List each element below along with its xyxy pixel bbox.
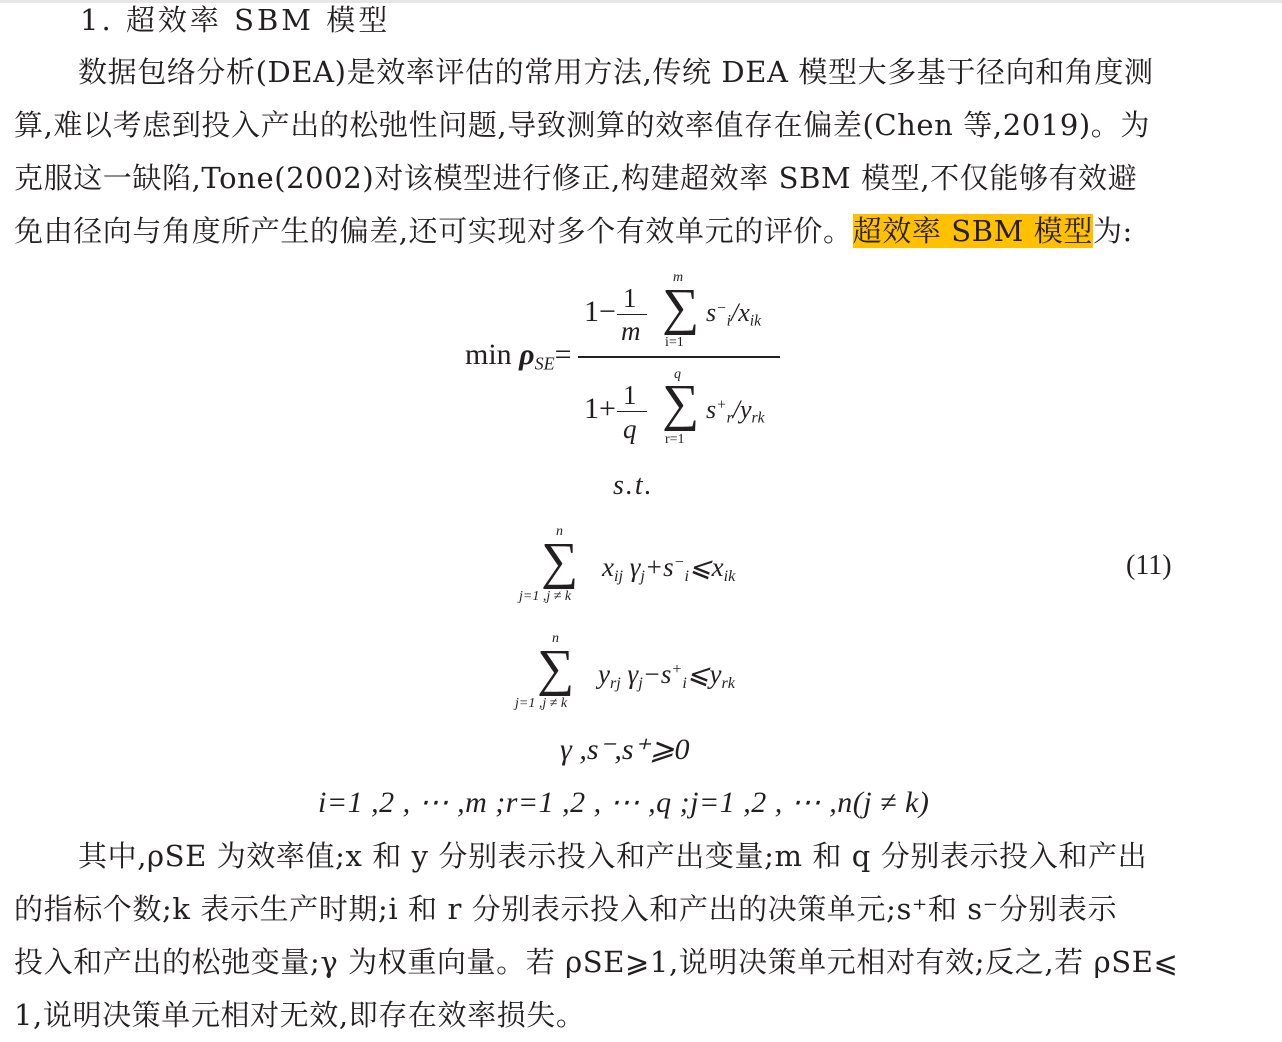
c1-gamma: γ [630,552,641,582]
c2-expression: yrj γj−s+i⩽yrk [598,659,735,693]
paragraph1-line1: 数据包络分析(DEA)是效率评估的常用方法,传统 DEA 模型大多基于径向和角度… [78,52,1282,92]
numerator-one: 1− [584,295,616,329]
denominator-sum-bottom: r=1 [665,432,685,448]
numerator-sigma-icon: ∑ [662,282,699,334]
numerator-frac-num: 1 [623,283,637,314]
c2-sigma-icon: ∑ [537,643,574,695]
c1-s-sup: − [674,553,685,571]
numerator-term: s−i/xik [706,298,761,331]
numerator-frac-bar [617,314,647,315]
equation-number: (11) [1126,550,1172,582]
min-label: min [465,338,512,371]
term-sup: + [716,396,727,413]
section-heading: 1. 超效率 SBM 模型 [80,0,1282,40]
c1-sum-bottom: j=1 ,j ≠ k [519,589,571,605]
c2-sum-bottom: j=1 ,j ≠ k [515,696,567,712]
term-s: s [706,298,716,327]
numerator-sum-bottom: i=1 [665,335,684,351]
c2-minus-s: −s [643,659,672,689]
equals-sign: = [555,338,572,371]
term-sup: − [716,299,727,316]
paragraph2-line2: 的指标个数;k 表示生产时期;i 和 r 分别表示投入和产出的决策单元;s⁺和 … [14,889,1270,929]
c2-y-sub: rj [610,674,621,692]
term-slash: /x [731,298,750,327]
paragraph2-line3: 投入和产出的松弛变量;γ 为权重向量。若 ρSE⩾1,说明决策单元相对有效;反之… [14,942,1270,982]
c1-x-sub: ij [614,567,623,585]
term-slash-sub: ik [750,313,761,330]
denominator-frac-num: 1 [623,380,637,411]
paragraph2-line1: 其中,ρSE 为效率值;x 和 y 分别表示投入和产出变量;m 和 q 分别表示… [78,836,1282,876]
formula-lhs: min ρSE= [465,338,572,374]
highlighted-term[interactable]: 超效率 SBM 模型 [853,214,1093,248]
term-s: s [706,395,716,424]
index-ranges: i=1 ,2 , ⋯ ,m ;r=1 ,2 , ⋯ ,q ;j=1 ,2 , ⋯… [318,785,929,820]
c1-relation: ⩽x [689,552,724,582]
c1-expression: xij γj+s−i⩽xik [602,552,735,586]
numerator-frac-den: m [621,316,641,347]
main-fraction-bar [578,356,780,358]
term-slash-sub: rk [752,410,765,427]
rho-symbol: ρ [519,338,534,371]
c1-sigma-icon: ∑ [541,536,578,588]
subject-to-label: s.t. [613,470,654,502]
term-slash: /y [733,395,752,424]
c1-rhs-sub: ik [724,567,736,585]
denominator-frac-bar [617,411,647,412]
denominator-one: 1+ [584,392,616,426]
paragraph1-line2: 算,难以考虑到投入产出的松弛性问题,导致测算的效率值存在偏差(Chen 等,20… [14,105,1270,145]
c1-x: x [602,552,614,582]
nonnegativity-constraint: γ ,s⁻,s⁺⩾0 [560,732,689,767]
denominator-sigma-icon: ∑ [662,378,699,430]
c2-y: y [598,659,610,689]
paragraph1-line4-tail: 为: [1093,214,1133,248]
c2-s-sup: + [671,660,682,678]
paragraph2-line4: 1,说明决策单元相对无效,即存在效率损失。 [14,995,1270,1035]
denominator-term: s+r/yrk [706,395,765,428]
paragraph1-line3: 克服这一缺陷,Tone(2002)对该模型进行修正,构建超效率 SBM 模型,不… [14,158,1270,198]
rho-subscript: SE [535,353,555,373]
c1-plus-s: +s [645,552,674,582]
paragraph1-line4: 免由径向与角度所产生的偏差,还可实现对多个有效单元的评价。超效率 SBM 模型为… [14,211,1270,251]
paragraph1-line4-text: 免由径向与角度所产生的偏差,还可实现对多个有效单元的评价。 [14,214,853,248]
c2-rhs-sub: rk [721,674,734,692]
c2-relation: ⩽y [687,659,722,689]
denominator-frac-den: q [623,414,637,445]
c2-gamma: γ [628,659,639,689]
